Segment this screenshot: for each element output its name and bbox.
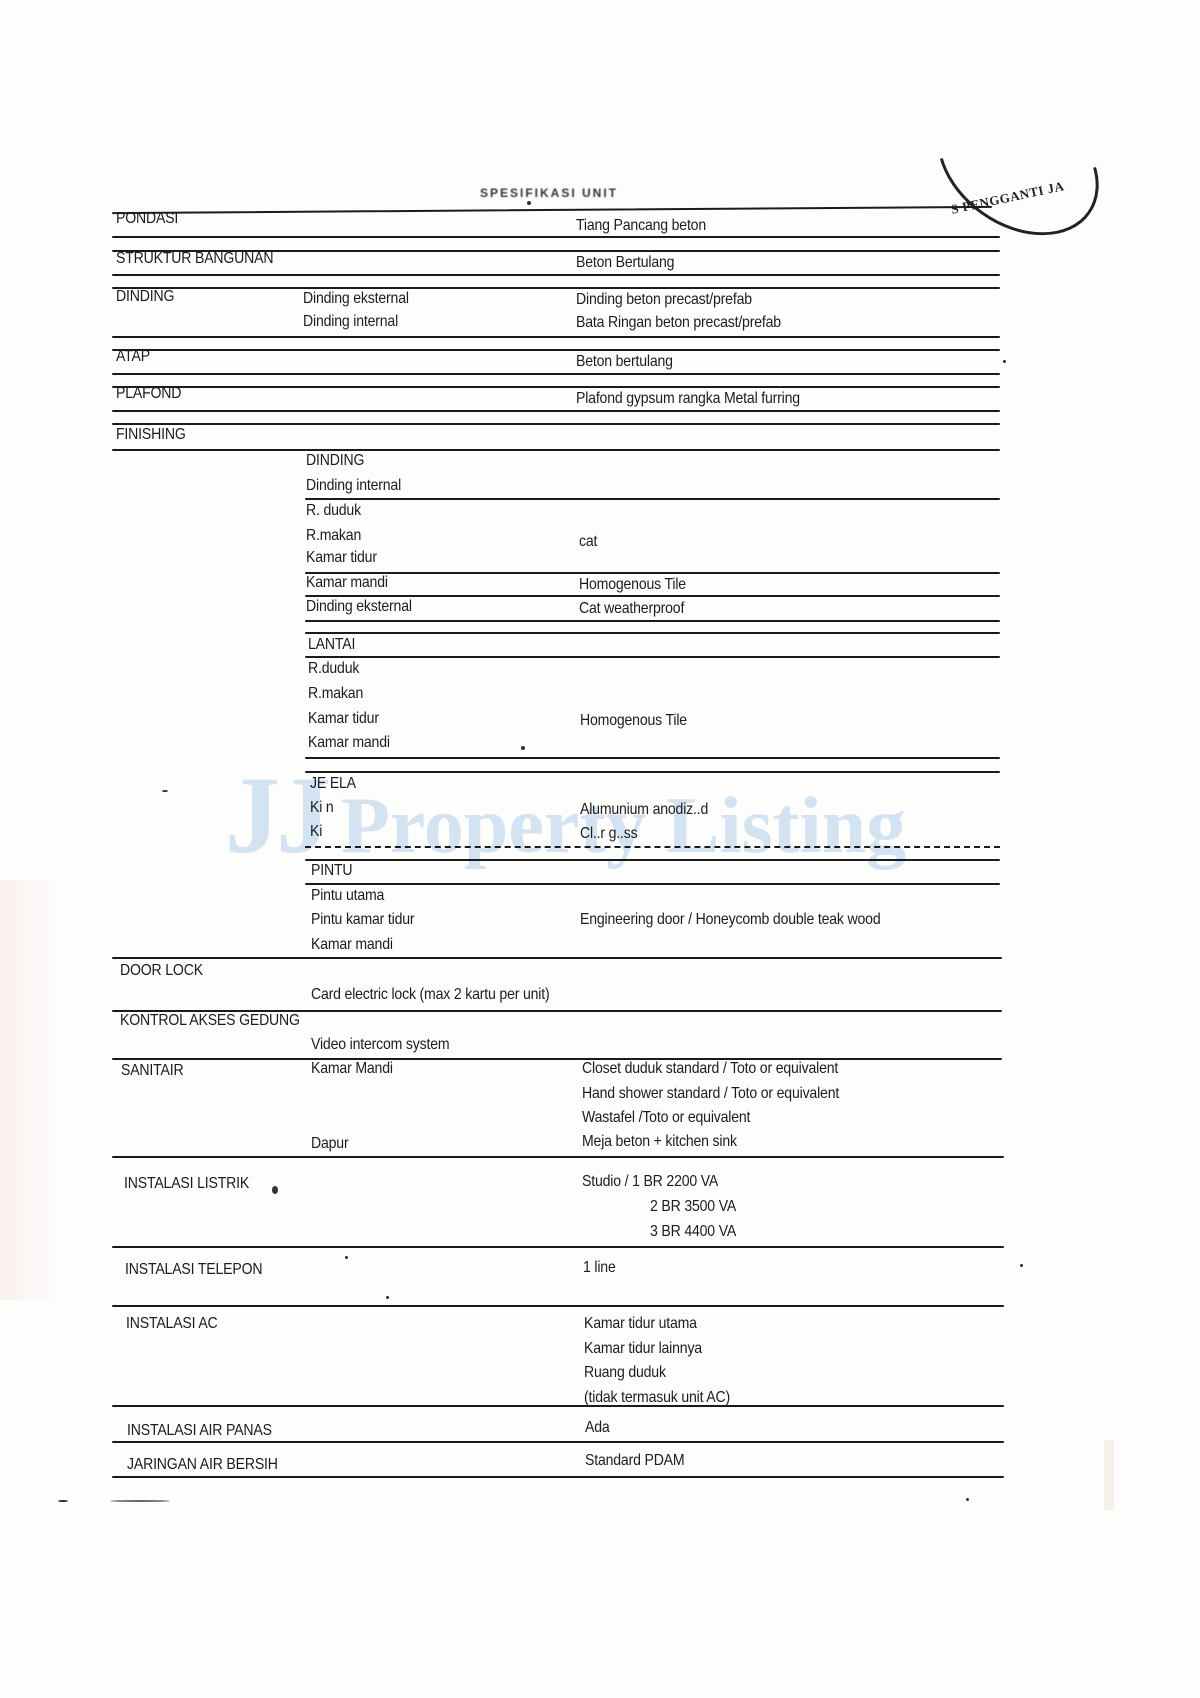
finishing-room: Kamar mandi [311,936,393,954]
speck [966,1498,969,1501]
rule [112,206,992,214]
spec-value: Kamar tidur utama [584,1315,697,1333]
finishing-room: Kamar tidur [308,710,379,728]
rule [305,656,1000,658]
finishing-room: Kamar tidur [306,549,377,567]
rule [112,287,1000,289]
finishing-room: Kamar mandi [308,734,390,752]
rule [112,1476,1004,1478]
spec-category: DINDING [116,288,174,306]
spec-category: SANITAIR [121,1062,183,1080]
speck [162,790,168,792]
rule [112,336,1000,338]
spec-category: INSTALASI AC [126,1315,218,1333]
rule [112,1441,1004,1443]
rule [112,957,1002,959]
spec-sub: Dapur [311,1135,348,1153]
finishing-value: cat [579,533,597,551]
speck [521,746,525,750]
rule [305,620,1000,622]
finishing-value: Cat weatherproof [579,600,684,618]
finishing-room: R.duduk [308,660,359,678]
spec-sub: Dinding eksternal [303,290,409,308]
spec-category: PLAFOND [116,385,181,403]
spec-value: Closet duduk standard / Toto or equivale… [582,1060,838,1078]
spec-value: Beton Bertulang [576,254,674,272]
finishing-room: Pintu kamar tidur [311,911,414,929]
stamp-icon [910,61,1126,265]
spec-category: KONTROL AKSES GEDUNG [120,1012,300,1030]
spec-category: PONDASI [116,210,178,228]
scan-edge [1104,1440,1114,1510]
finishing-room: R.makan [306,527,361,545]
spec-value: Tiang Pancang beton [576,217,706,235]
spec-category: ATAP [116,348,150,366]
rule [305,883,1000,885]
rule [305,632,1000,634]
spec-value: 3 BR 4400 VA [650,1223,736,1241]
rule [112,1246,1004,1248]
spec-category: FINISHING [116,426,186,444]
document-heading-fragment: SPESIFIKASI UNIT [480,186,618,200]
rule [305,859,1000,861]
speck [58,1500,68,1502]
rule [112,449,1000,451]
spec-sub: Kamar Mandi [311,1060,393,1078]
spec-category: STRUKTUR BANGUNAN [116,250,273,268]
dashed-rule [305,846,1000,848]
spec-value: Dinding beton precast/prefab [576,291,752,309]
spec-value: Plafond gypsum rangka Metal furring [576,390,800,408]
speck [386,1296,389,1299]
spec-category: INSTALASI LISTRIK [124,1175,249,1193]
spec-value: Beton bertulang [576,353,673,371]
spec-value: 2 BR 3500 VA [650,1198,736,1216]
spec-value: Standard PDAM [585,1452,684,1470]
rule [305,771,1000,773]
spec-sub: Dinding internal [303,313,398,331]
rule [112,1058,1002,1060]
spec-sub: Card electric lock (max 2 kartu per unit… [311,986,549,1004]
rule [305,498,1000,500]
spec-category: INSTALASI TELEPON [125,1261,262,1279]
spec-sub: Video intercom system [311,1036,449,1054]
finishing-room: Ki [310,823,322,841]
finishing-value: Cl..r g..ss [580,825,638,843]
finishing-value: Homogenous Tile [579,576,686,594]
speck [345,1256,348,1259]
speck [272,1186,278,1194]
finishing-sub: Dinding internal [306,477,401,495]
spec-value: Wastafel /Toto or equivalent [582,1109,750,1127]
finishing-room: Pintu utama [311,887,384,905]
rule [305,757,1000,759]
speck [1003,360,1006,363]
spec-value: Studio / 1 BR 2200 VA [582,1173,718,1191]
spec-value: Ruang duduk [584,1364,666,1382]
speck [1020,1264,1023,1267]
rule [112,274,1000,276]
scanned-document-page: SPESIFIKASI UNIT S PENGGANTI JA JJProper… [0,0,1200,1698]
spec-category: JARINGAN AIR BERSIH [127,1456,278,1474]
spec-value: Meja beton + kitchen sink [582,1133,737,1151]
rule [112,236,1000,238]
finishing-room: Kamar mandi [306,574,388,592]
spec-value: 1 line [583,1259,616,1277]
finishing-heading-jendela: JE ELA [310,775,356,793]
rule [112,1156,1004,1158]
spec-value: Hand shower standard / Toto or equivalen… [582,1085,839,1103]
finishing-heading-lantai: LANTAI [308,636,355,654]
spec-value: Bata Ringan beton precast/prefab [576,314,781,332]
rule [112,349,1000,351]
finishing-heading-pintu: PINTU [311,862,352,880]
rule [305,572,1000,574]
rule [305,595,1000,597]
finishing-value: Engineering door / Honeycomb double teak… [580,911,880,929]
rule [112,1405,1004,1407]
spec-value: Ada [585,1419,610,1437]
speck [527,201,531,205]
finishing-room: R. duduk [306,502,361,520]
speck [110,1500,170,1502]
spec-category: DOOR LOCK [120,962,203,980]
spec-category: INSTALASI AIR PANAS [127,1422,272,1440]
finishing-value: Alumunium anodiz..d [580,801,708,819]
finishing-value: Homogenous Tile [580,712,687,730]
spec-value: Kamar tidur lainnya [584,1340,702,1358]
spec-value: (tidak termasuk unit AC) [584,1389,730,1407]
rule [112,373,1000,375]
finishing-room: Ki n [310,799,334,817]
finishing-heading-dinding: DINDING [306,452,364,470]
finishing-room: R.makan [308,685,363,703]
rule [112,423,1000,425]
rule [112,386,1000,388]
rule [112,1305,1004,1307]
rule [112,410,1000,412]
scan-tint [0,880,60,1300]
finishing-room: Dinding eksternal [306,598,412,616]
